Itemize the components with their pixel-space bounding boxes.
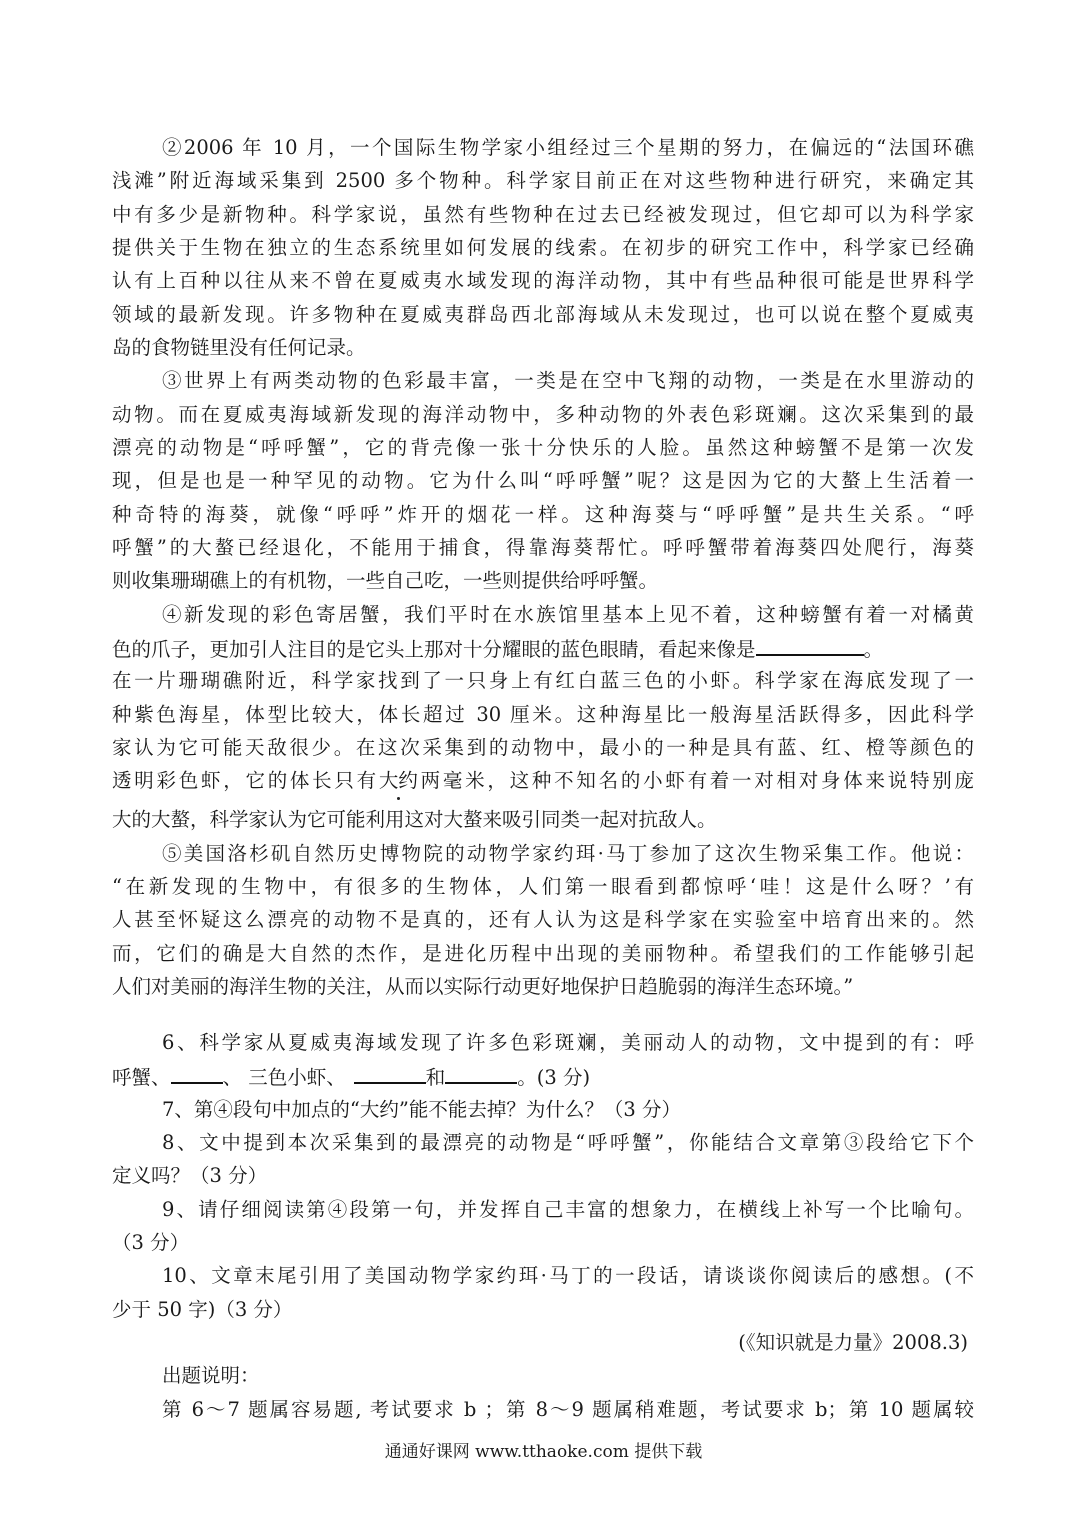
question-6: 6、科学家从夏威夷海域发现了许多色彩斑斓，美丽动人的动物，文中提到的有：呼 <box>162 1031 974 1055</box>
paragraph-4-line-dotted: 透明彩色虾，它的体长只有大约两毫米，这种不知名的小虾有着一对相对身体来说特别庞 <box>112 769 974 793</box>
question-text: 呼蟹、 <box>112 1066 171 1089</box>
paragraph-4-text: 色的爪子，更加引人注目的是它头上那对十分耀眼的蓝色眼睛，看起来像是 <box>112 638 756 661</box>
period: 。 <box>864 638 884 661</box>
paragraph-3-line: ③世界上有两类动物的色彩最丰富，一类是在空中飞翔的动物，一类是在水里游动的 <box>162 369 974 393</box>
paragraph-5-line: ⑤美国洛杉矶自然历史博物院的动物学家约珥·马丁参加了这次生物采集工作。他说： <box>162 842 974 866</box>
paragraph-4-text: 两毫米，这种不知名的小虾有着一对相对身体来说特别庞 <box>418 769 974 792</box>
paragraph-2-line: 中有多少是新物种。科学家说，虽然有些物种在过去已经被发现过，但它却可以为科学家 <box>112 203 974 227</box>
simile-answer-blank[interactable] <box>756 636 864 656</box>
paragraph-2-line: 岛的食物链里没有任何记录。 <box>112 336 974 360</box>
document-page: ②2006 年 10 月，一个国际生物学家小组经过三个星期的努力，在偏远的“法国… <box>0 0 1087 1536</box>
answer-blank-1[interactable] <box>171 1064 223 1084</box>
paragraph-3-line: 漂亮的动物是“呼呼蟹”，它的背壳像一张十分快乐的人脸。虽然这种螃蟹不是第一次发 <box>112 436 974 460</box>
question-9: （3 分） <box>112 1231 974 1255</box>
paragraph-4-line: 种紫色海星，体型比较大，体长超过 30 厘米。这种海星比一般海星活跃得多，因此科… <box>112 703 974 727</box>
paragraph-5-line: 而，它们的确是大自然的杰作，是进化历程中出现的美丽物种。希望我们的工作能够引起 <box>112 942 974 966</box>
notes-title: 出题说明： <box>162 1364 974 1388</box>
source-citation: (《知识就是力量》2008.3) <box>112 1331 968 1355</box>
paragraph-4-line: ④新发现的彩色寄居蟹，我们平时在水族馆里基本上见不着，这种螃蟹有着一对橘黄 <box>162 603 974 627</box>
question-text: 、 三色小虾、 <box>223 1066 346 1089</box>
paragraph-3-line: 动物。而在夏威夷海域新发现的海洋动物中，多种动物的外表色彩斑斓。这次采集到的最 <box>112 403 974 427</box>
question-7: 7、第④段句中加点的“大约”能不能去掉？为什么？（3 分） <box>162 1098 974 1122</box>
question-text: 和 <box>426 1066 446 1089</box>
question-8: 定义吗？（3 分） <box>112 1164 974 1188</box>
paragraph-5-line: “在新发现的生物中，有很多的生物体，人们第一眼看到都惊呼‘哇！这是什么呀？’有 <box>112 875 974 899</box>
question-text: 。(3 分) <box>517 1066 590 1089</box>
emphasis-dotted-text: 大约 <box>379 769 418 793</box>
paragraph-4-text: 透明彩色虾，它的体长只有 <box>112 769 379 792</box>
question-9: 9、请仔细阅读第④段第一句，并发挥自己丰富的想象力，在横线上补写一个比喻句。 <box>162 1198 974 1222</box>
answer-blank-3[interactable] <box>445 1064 517 1084</box>
paragraph-2-line: 认有上百种以往从来不曾在夏威夷水域发现的海洋动物，其中有些品种很可能是世界科学 <box>112 269 974 293</box>
paragraph-3-line: 种奇特的海葵，就像“呼呼”炸开的烟花一样。这种海葵与“呼呼蟹”是共生关系。“呼 <box>112 503 974 527</box>
question-10: 少于 50 字)（3 分） <box>112 1298 974 1322</box>
paragraph-5-line: 人们对美丽的海洋生物的关注，从而以实际行动更好地保护日趋脆弱的海洋生态环境。” <box>112 975 974 999</box>
question-10: 10、文章末尾引用了美国动物学家约珥·马丁的一段话，请谈谈你阅读后的感想。(不 <box>162 1264 974 1288</box>
paragraph-2-line: ②2006 年 10 月，一个国际生物学家小组经过三个星期的努力，在偏远的“法国… <box>162 136 974 160</box>
question-6-blanks: 呼蟹、、 三色小虾、和。(3 分) <box>112 1064 974 1090</box>
paragraph-2-line: 浅滩”附近海域采集到 2500 多个物种。科学家目前正在对这些物种进行研究，来确… <box>112 169 974 193</box>
paragraph-3-line: 呼蟹”的大螯已经退化，不能用于捕食，得靠海葵帮忙。呼呼蟹带着海葵四处爬行，海葵 <box>112 536 974 560</box>
paragraph-3-line: 现，但是也是一种罕见的动物。它为什么叫“呼呼蟹”呢？这是因为它的大螯上生活着一 <box>112 469 974 493</box>
paragraph-4-line-with-blank: 色的爪子，更加引人注目的是它头上那对十分耀眼的蓝色眼睛，看起来像是。 <box>112 636 974 662</box>
paragraph-2-line: 领域的最新发现。许多物种在夏威夷群岛西北部海域从未发现过，也可以说在整个夏威夷 <box>112 303 974 327</box>
paragraph-4-line: 在一片珊瑚礁附近，科学家找到了一只身上有红白蓝三色的小虾。科学家在海底发现了一 <box>112 669 974 693</box>
notes-line: 第 6～7 题属容易题, 考试要求 b ；第 8～9 题属稍难题，考试要求 b；… <box>162 1398 974 1422</box>
paragraph-3-line: 则收集珊瑚礁上的有机物，一些自己吃，一些则提供给呼呼蟹。 <box>112 569 974 593</box>
page-footer: 通通好课网 www.tthaoke.com 提供下载 <box>0 1440 1087 1464</box>
question-8: 8、文中提到本次采集到的最漂亮的动物是“呼呼蟹”，你能结合文章第③段给它下个 <box>162 1131 974 1155</box>
answer-blank-2[interactable] <box>354 1064 426 1084</box>
paragraph-4-line: 家认为它可能天敌很少。在这次采集到的动物中，最小的一种是具有蓝、红、橙等颜色的 <box>112 736 974 760</box>
paragraph-4-line: 大的大螯，科学家认为它可能利用这对大螯来吸引同类一起对抗敌人。 <box>112 808 974 832</box>
paragraph-5-line: 人甚至怀疑这么漂亮的动物不是真的，还有人认为这是科学家在实验室中培育出来的。然 <box>112 908 974 932</box>
paragraph-2-line: 提供关于生物在独立的生态系统里如何发展的线索。在初步的研究工作中，科学家已经确 <box>112 236 974 260</box>
